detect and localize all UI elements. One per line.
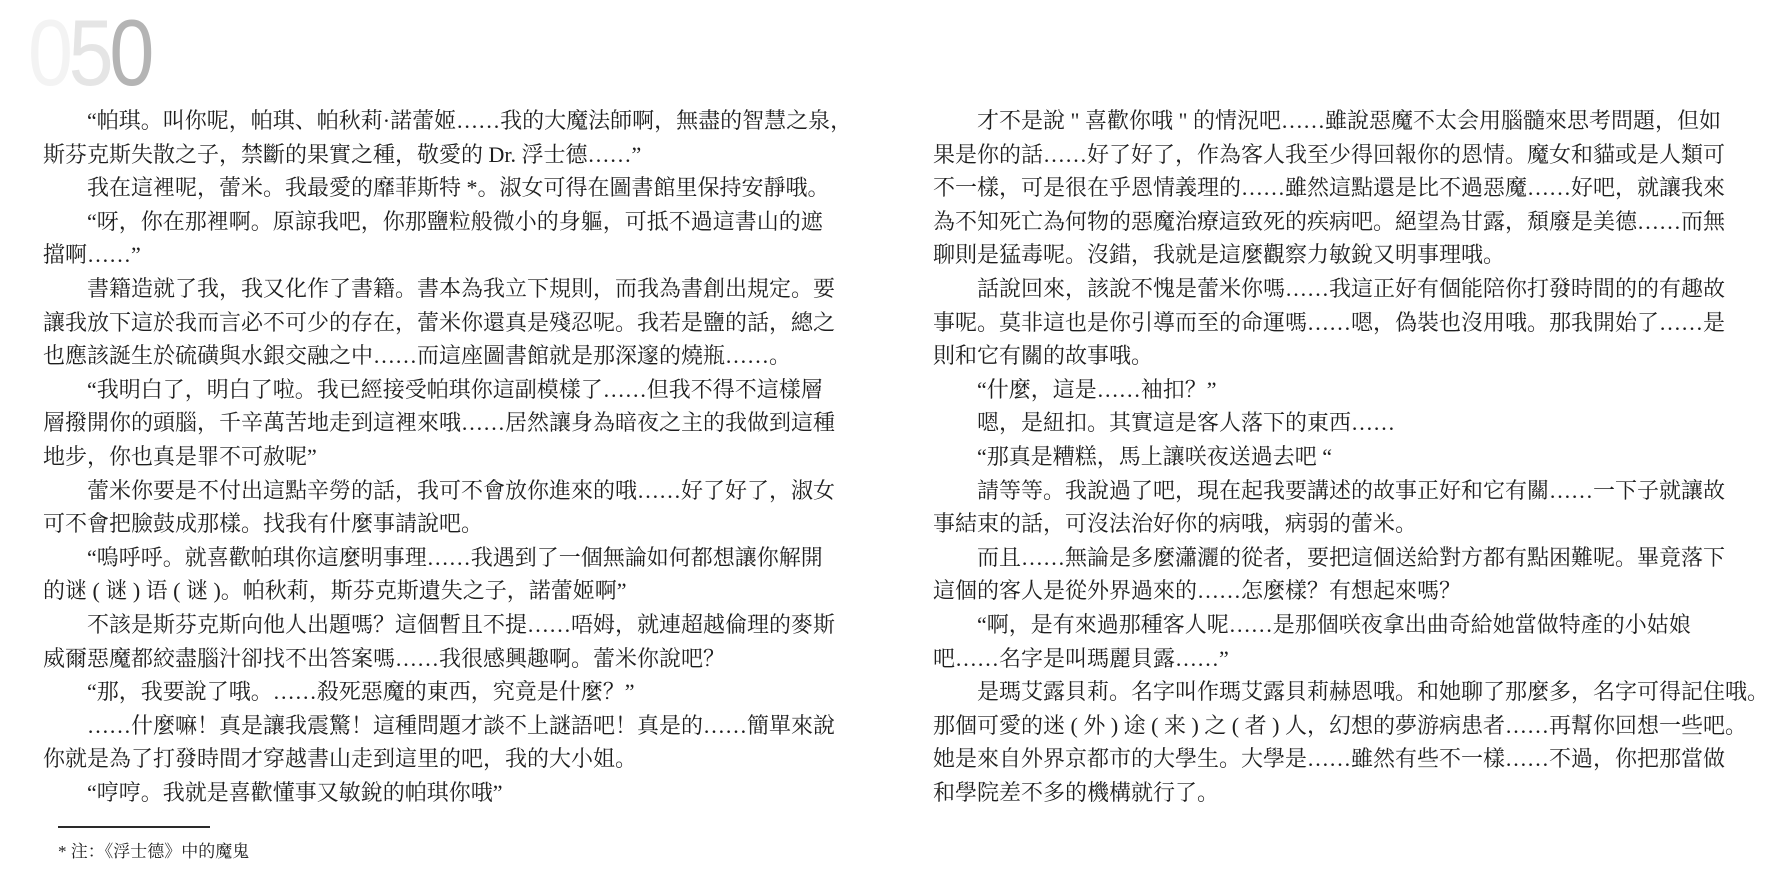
footnote-text: * 注：《浮士德》中的魔鬼 — [58, 840, 249, 864]
text-line: 聊則是猛毒呢。沒錯，我就是這麼觀察力敏銳又明事理哦。 — [933, 238, 1745, 272]
text-line: “我明白了，明白了啦。我已經接受帕琪你這副模樣了……但我不得不這樣層 — [43, 373, 855, 407]
text-line: 也應該誕生於硫磺與水銀交融之中……而這座圖書館就是那深邃的燒瓶……。 — [43, 339, 855, 373]
text-line: 才不是說 " 喜歡你哦 " 的情況吧……雖說惡魔不太会用腦髓來思考問題，但如 — [933, 104, 1745, 138]
text-line: “嗚呼呼。就喜歡帕琪你這麼明事理……我遇到了一個無論如何都想讓你解開 — [43, 541, 855, 575]
text-line: 的谜 ( 谜 ) 语 ( 谜 )。帕秋莉，斯芬克斯遺失之子，諾蕾姬啊” — [43, 574, 855, 608]
book-spread: 050 “帕琪。叫你呢，帕琪、帕秋莉·諾蕾姬……我的大魔法師啊，無盡的智慧之泉，… — [0, 0, 1772, 886]
text-line: “帕琪。叫你呢，帕琪、帕秋莉·諾蕾姬……我的大魔法師啊，無盡的智慧之泉， — [43, 104, 855, 138]
text-line: “那，我要說了哦。……殺死惡魔的東西，究竟是什麼？” — [43, 675, 855, 709]
left-page-text-column: “帕琪。叫你呢，帕琪、帕秋莉·諾蕾姬……我的大魔法師啊，無盡的智慧之泉，斯芬克斯… — [43, 104, 855, 809]
text-line: 書籍造就了我，我又化作了書籍。書本為我立下規則，而我為書創出規定。要 — [43, 272, 855, 306]
text-line: “那真是糟糕，馬上讓咲夜送過去吧 “ — [933, 440, 1745, 474]
text-line: “哼哼。我就是喜歡懂事又敏銳的帕琪你哦” — [43, 776, 855, 810]
right-page-text-column: 才不是說 " 喜歡你哦 " 的情況吧……雖說惡魔不太会用腦髓來思考問題，但如果是… — [933, 104, 1745, 809]
text-line: 我在這裡呢，蕾米。我最愛的靡菲斯特 *。淑女可得在圖書館里保持安靜哦。 — [43, 171, 855, 205]
text-line: 地步，你也真是罪不可赦呢” — [43, 440, 855, 474]
text-line: 是瑪艾露貝莉。名字叫作瑪艾露貝莉赫恩哦。和她聊了那麼多，名字可得記住哦。 — [933, 675, 1745, 709]
page-number-digit: 0 — [109, 0, 150, 105]
text-line: 威爾惡魔都絞盡腦汁卻找不出答案嗎……我很感興趣啊。蕾米你說吧？ — [43, 642, 855, 676]
text-line: 不該是斯芬克斯向他人出題嗎？這個暫且不提……唔姆，就連超越倫理的麥斯 — [43, 608, 855, 642]
text-line: 斯芬克斯失散之子，禁斷的果實之種，敬愛的 Dr. 浮士德……” — [43, 138, 855, 172]
text-line: 層撥開你的頭腦，千辛萬苦地走到這裡來哦……居然讓身為暗夜之主的我做到這種 — [43, 406, 855, 440]
page-number-digit: 0 — [28, 0, 69, 105]
text-line: 吧……名字是叫瑪麗貝露……” — [933, 642, 1745, 676]
text-line: 那個可愛的迷 ( 外 ) 途 ( 来 ) 之 ( 者 ) 人，幻想的夢游病患者…… — [933, 709, 1745, 743]
text-line: 事結束的話，可沒法治好你的病哦，病弱的蕾米。 — [933, 507, 1745, 541]
text-line: 事呢。莫非這也是你引導而至的命運嗎……嗯，偽裝也沒用哦。那我開始了……是 — [933, 306, 1745, 340]
text-line: 可不會把臉鼓成那樣。找我有什麼事請說吧。 — [43, 507, 855, 541]
text-line: 擋啊……” — [43, 238, 855, 272]
text-line: 請等等。我說過了吧，現在起我要講述的故事正好和它有關……一下子就讓故 — [933, 474, 1745, 508]
footnote-divider — [58, 826, 210, 828]
text-line: 話說回來，該說不愧是蕾米你嗎……我這正好有個能陪你打發時間的的有趣故 — [933, 272, 1745, 306]
text-line: 讓我放下這於我而言必不可少的存在，蕾米你還真是殘忍呢。我若是鹽的話，總之 — [43, 306, 855, 340]
text-line: 果是你的話……好了好了，作為客人我至少得回報你的恩情。魔女和貓或是人類可 — [933, 138, 1745, 172]
page-number-digit: 5 — [69, 0, 110, 105]
text-line: 而且……無論是多麼瀟灑的從者，要把這個送給對方都有點困難呢。畢竟落下 — [933, 541, 1745, 575]
text-line: 她是來自外界京都市的大學生。大學是……雖然有些不一樣……不過，你把那當做 — [933, 742, 1745, 776]
text-line: ……什麼嘛！真是讓我震驚！這種問題才談不上謎語吧！真是的……簡單來說 — [43, 709, 855, 743]
text-line: 為不知死亡為何物的惡魔治療這致死的疾病吧。絕望為甘露，頹廢是美德……而無 — [933, 205, 1745, 239]
text-line: “什麼，這是……袖扣？” — [933, 373, 1745, 407]
text-line: 嗯，是紐扣。其實這是客人落下的東西…… — [933, 406, 1745, 440]
text-line: 和學院差不多的機構就行了。 — [933, 776, 1745, 810]
text-line: 蕾米你要是不付出這點辛勞的話，我可不會放你進來的哦……好了好了，淑女 — [43, 474, 855, 508]
text-line: 這個的客人是從外界過來的……怎麼樣？有想起來嗎？ — [933, 574, 1745, 608]
text-line: 則和它有關的故事哦。 — [933, 339, 1745, 373]
text-line: “啊，是有來過那種客人呢……是那個咲夜拿出曲奇給她當做特產的小姑娘 — [933, 608, 1745, 642]
text-line: 你就是為了打發時間才穿越書山走到這里的吧，我的大小姐。 — [43, 742, 855, 776]
text-line: 不一樣，可是很在乎恩情義理的……雖然這點還是比不過惡魔……好吧，就讓我來 — [933, 171, 1745, 205]
text-line: “呀，你在那裡啊。原諒我吧，你那鹽粒般微小的身軀，可抵不過這書山的遮 — [43, 205, 855, 239]
page-number: 050 — [28, 6, 150, 100]
